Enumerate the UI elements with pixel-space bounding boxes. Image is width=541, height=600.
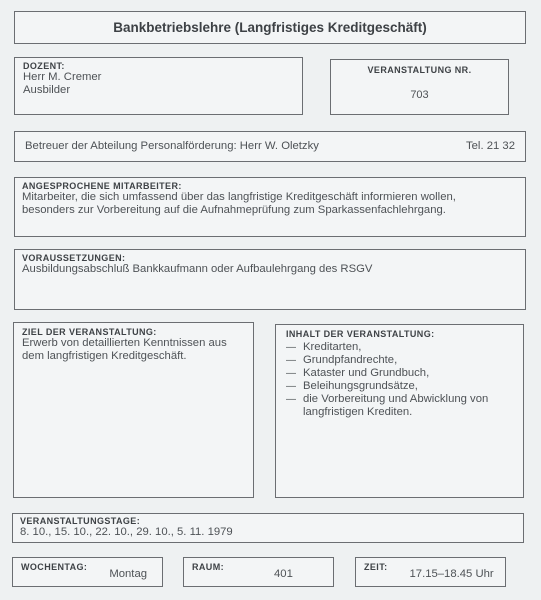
list-item: Beleihungsgrundsätze,	[286, 380, 513, 393]
angesprochene-mitarbeiter-box: ANGESPROCHENE MITARBEITER: Mitarbeiter, …	[14, 177, 526, 237]
voraussetzungen-box: VORAUSSETZUNGEN: Ausbildungsabschluß Ban…	[14, 249, 526, 310]
voraussetzungen-text: Ausbildungsabschluß Bankkaufmann oder Au…	[22, 263, 518, 276]
veranstaltungstage-label: VERANSTALTUNGSTAGE:	[20, 516, 516, 526]
list-item: Grundpfandrechte,	[286, 354, 513, 367]
dozent-label: DOZENT:	[23, 61, 294, 71]
course-title: Bankbetriebslehre (Langfristiges Kreditg…	[113, 20, 427, 35]
dozent-box: DOZENT: Herr M. Cremer Ausbilder	[14, 57, 303, 115]
veranstaltung-nr-box: VERANSTALTUNG NR. 703	[330, 59, 509, 115]
list-item: Kreditarten,	[286, 341, 513, 354]
betreuer-box: Betreuer der Abteilung Personalförderung…	[14, 131, 526, 162]
angesprochene-mitarbeiter-line2: besonders zur Vorbereitung auf die Aufna…	[22, 204, 518, 217]
wochentag-value: Montag	[109, 568, 147, 581]
inhalt-list: Kreditarten, Grundpfandrechte, Kataster …	[286, 341, 513, 419]
veranstaltung-nr-label: VERANSTALTUNG NR.	[331, 65, 508, 75]
dozent-role: Ausbilder	[23, 84, 294, 97]
angesprochene-mitarbeiter-label: ANGESPROCHENE MITARBEITER:	[22, 181, 518, 191]
wochentag-label: WOCHENTAG:	[21, 562, 87, 572]
angesprochene-mitarbeiter-line1: Mitarbeiter, die sich umfassend über das…	[22, 191, 518, 204]
voraussetzungen-label: VORAUSSETZUNGEN:	[22, 253, 518, 263]
ziel-line1: Erwerb von detaillierten Kenntnissen aus	[22, 337, 245, 350]
zeit-box: ZEIT: 17.15–18.45 Uhr	[355, 557, 506, 587]
raum-box: RAUM: 401	[183, 557, 334, 587]
veranstaltungstage-text: 8. 10., 15. 10., 22. 10., 29. 10., 5. 11…	[20, 526, 516, 539]
ziel-label: ZIEL DER VERANSTALTUNG:	[22, 327, 245, 337]
veranstaltung-nr-value: 703	[331, 89, 508, 102]
inhalt-label: INHALT DER VERANSTALTUNG:	[286, 329, 513, 339]
inhalt-box: INHALT DER VERANSTALTUNG: Kreditarten, G…	[275, 324, 524, 498]
dozent-name: Herr M. Cremer	[23, 71, 294, 84]
raum-value: 401	[274, 568, 293, 581]
betreuer-text: Betreuer der Abteilung Personalförderung…	[25, 140, 319, 153]
zeit-value: 17.15–18.45 Uhr	[410, 568, 494, 581]
betreuer-tel: Tel. 21 32	[466, 140, 515, 153]
zeit-label: ZEIT:	[364, 562, 388, 572]
title-box: Bankbetriebslehre (Langfristiges Kreditg…	[14, 11, 526, 44]
list-item: die Vorbereitung und Abwicklung von lang…	[286, 393, 513, 419]
ziel-line2: dem langfristigen Kreditgeschäft.	[22, 350, 245, 363]
list-item: Kataster und Grundbuch,	[286, 367, 513, 380]
raum-label: RAUM:	[192, 562, 224, 572]
veranstaltungstage-box: VERANSTALTUNGSTAGE: 8. 10., 15. 10., 22.…	[12, 513, 524, 543]
wochentag-box: WOCHENTAG: Montag	[12, 557, 163, 587]
ziel-box: ZIEL DER VERANSTALTUNG: Erwerb von detai…	[13, 322, 254, 498]
